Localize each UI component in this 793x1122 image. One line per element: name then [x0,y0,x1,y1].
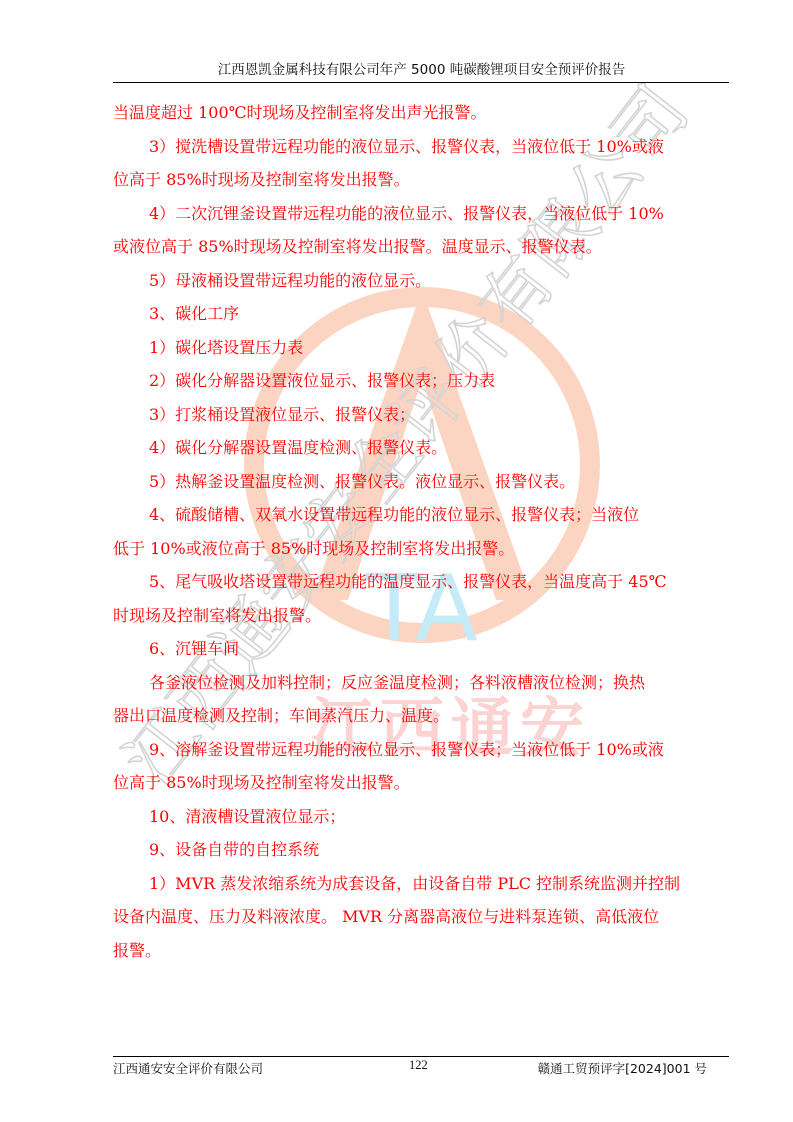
paragraph-line: 当温度超过 100℃时现场及控制室将发出声光报警。 [113,96,729,130]
paragraph-line: 4）二次沉锂釜设置带远程功能的液位显示、报警仪表，当液位低于 10% [113,197,729,231]
paragraph-line: 报警。 [113,934,729,968]
paragraph-line: 4、硫酸储槽、双氧水设置带远程功能的液位显示、报警仪表；当液位 [113,498,729,532]
paragraph-line: 2）碳化分解器设置液位显示、报警仪表；压力表 [113,364,729,398]
paragraph-line: 1）MVR 蒸发浓缩系统为成套设备，由设备自带 PLC 控制系统监测并控制 [113,867,729,901]
footer-doc-number: 赣通工贸预评字[2024]001 号 [538,1059,707,1077]
paragraph-line: 器出口温度检测及控制；车间蒸汽压力、温度。 [113,699,729,733]
paragraph-line: 各釜液位检测及加料控制；反应釜温度检测；各料液槽液位检测；换热 [113,666,729,700]
paragraph-line: 4）碳化分解器设置温度检测、报警仪表。 [113,431,729,465]
paragraph-line: 3）打浆桶设置液位显示、报警仪表； [113,398,729,432]
paragraph-line: 低于 10%或液位高于 85%时现场及控制室将发出报警。 [113,532,729,566]
paragraph-line: 1）碳化塔设置压力表 [113,331,729,365]
paragraph-line: 10、清液槽设置液位显示； [113,800,729,834]
footer-company: 江西通安安全评价有限公司 [113,1059,263,1077]
paragraph-line: 位高于 85%时现场及控制室将发出报警。 [113,163,729,197]
paragraph-line: 3、碳化工序 [113,297,729,331]
paragraph-line: 5）母液桶设置带远程功能的液位显示。 [113,264,729,298]
page-header-title: 江西恩凯金属科技有限公司年产 5000 吨碳酸锂项目安全预评价报告 [115,58,728,78]
paragraph-line: 9、设备自带的自控系统 [113,833,729,867]
paragraph-line: 5、尾气吸收塔设置带远程功能的温度显示、报警仪表，当温度高于 45℃ [113,565,729,599]
paragraph-line: 位高于 85%时现场及控制室将发出报警。 [113,766,729,800]
paragraph-line: 6、沉锂车间 [113,632,729,666]
paragraph-line: 9、溶解釜设置带远程功能的液位显示、报警仪表；当液位低于 10%或液 [113,733,729,767]
document-body: 当温度超过 100℃时现场及控制室将发出声光报警。3）搅洗槽设置带远程功能的液位… [113,96,729,967]
paragraph-line: 设备内温度、压力及料液浓度。 MVR 分离器高液位与进料泵连锁、高低液位 [113,900,729,934]
paragraph-line: 3）搅洗槽设置带远程功能的液位显示、报警仪表，当液位低于 10%或液 [113,130,729,164]
page-number: 122 [409,1058,428,1073]
paragraph-line: 时现场及控制室将发出报警。 [113,599,729,633]
footer-divider [113,1056,729,1057]
paragraph-line: 或液位高于 85%时现场及控制室将发出报警。温度显示、报警仪表。 [113,230,729,264]
paragraph-line: 5）热解釜设置温度检测、报警仪表。液位显示、报警仪表。 [113,465,729,499]
header-divider [113,82,729,83]
page-footer: 江西通安安全评价有限公司 122 赣通工贸预评字[2024]001 号 [113,1059,729,1077]
